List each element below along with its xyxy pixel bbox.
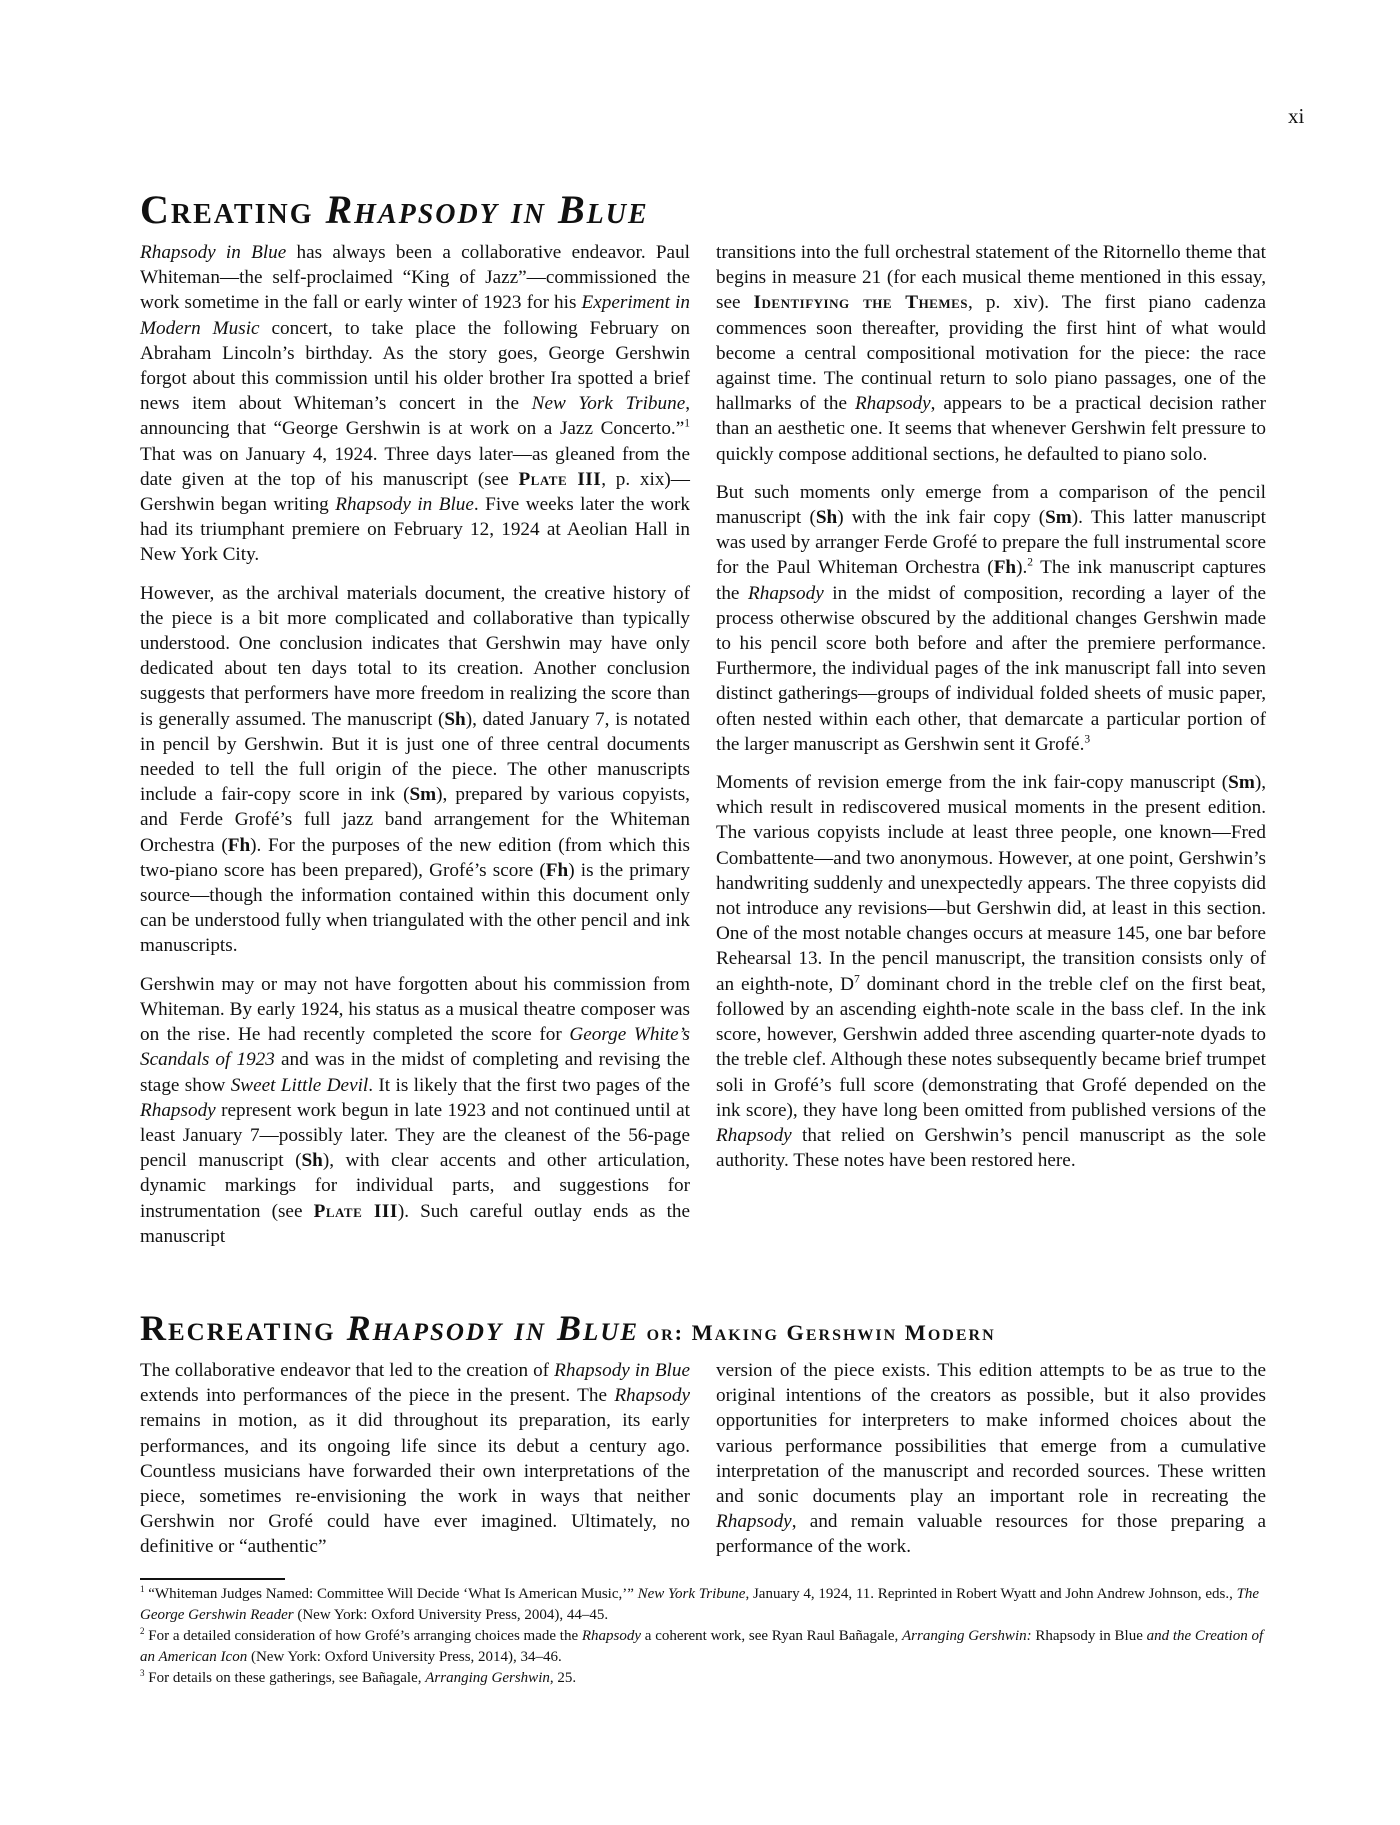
paragraph: But such moments only emerge from a comp… — [716, 480, 1266, 757]
section2-column-left: The collaborative endeavor that led to t… — [140, 1358, 690, 1573]
page-number: xi — [1288, 104, 1304, 129]
citation-title: Rhapsody — [582, 1628, 641, 1644]
text: The collaborative endeavor that led to t… — [140, 1360, 554, 1381]
source-siglum: Sh — [444, 709, 465, 730]
text: For details on these gatherings, see Bañ… — [145, 1670, 426, 1686]
source-siglum: Fh — [994, 557, 1016, 578]
text: , and remain valuable resources for thos… — [716, 1511, 1266, 1557]
work-title: Rhapsody in Blue — [140, 242, 286, 263]
footnote-divider — [140, 1578, 285, 1580]
text: Rhapsody in Blue — [1032, 1628, 1147, 1644]
text: , January 4, 1924, 11. Reprinted in Robe… — [745, 1586, 1236, 1602]
text: that relied on Gershwin’s pencil manuscr… — [716, 1125, 1266, 1171]
paragraph: Moments of revision emerge from the ink … — [716, 770, 1266, 1173]
footnote-3: 3 For details on these gatherings, see B… — [140, 1668, 1268, 1689]
work-title: Rhapsody — [855, 393, 931, 414]
heading-title-italic: Rhapsody in Blue — [347, 1308, 639, 1348]
work-title: Rhapsody — [748, 583, 824, 604]
work-title: Rhapsody — [140, 1100, 216, 1121]
source-siglum: Sm — [1228, 772, 1255, 793]
work-title: Rhapsody in Blue — [335, 494, 474, 515]
section1-column-right: transitions into the full orchestral sta… — [716, 240, 1266, 1186]
text: ) with the ink fair copy ( — [837, 507, 1045, 528]
cross-reference-themes[interactable]: Identifying the Themes — [754, 292, 968, 313]
source-siglum: Sh — [301, 1150, 322, 1171]
section1-column-left: Rhapsody in Blue has always been a colla… — [140, 240, 690, 1262]
cross-reference-plate[interactable]: Plate III — [518, 469, 601, 490]
text: a coherent work, see Ryan Raul Bañagale, — [641, 1628, 902, 1644]
footnotes: 1 “Whiteman Judges Named: Committee Will… — [140, 1584, 1268, 1689]
citation-title: Arranging Gershwin: — [902, 1628, 1032, 1644]
citation-title: New York Tribune — [638, 1586, 746, 1602]
work-title: Rhapsody — [614, 1385, 690, 1406]
citation-title: Arranging Gershwin — [425, 1670, 550, 1686]
text: in the midst of composition, recording a… — [716, 583, 1266, 755]
source-siglum: Sh — [816, 507, 837, 528]
work-title: Rhapsody — [716, 1125, 792, 1146]
heading-text: Creating — [140, 187, 326, 232]
work-title: Rhapsody in Blue — [554, 1360, 690, 1381]
text: extends into performances of the piece i… — [140, 1385, 614, 1406]
text: version of the piece exists. This editio… — [716, 1360, 1266, 1507]
paragraph: Rhapsody in Blue has always been a colla… — [140, 240, 690, 568]
section2-column-right: version of the piece exists. This editio… — [716, 1358, 1266, 1573]
source-siglum: Fh — [546, 860, 568, 881]
source-siglum: Sm — [410, 784, 437, 805]
paragraph: version of the piece exists. This editio… — [716, 1358, 1266, 1560]
cross-reference-plate[interactable]: Plate III — [314, 1201, 398, 1222]
text: , 25. — [550, 1670, 576, 1686]
footnote-1: 1 “Whiteman Judges Named: Committee Will… — [140, 1584, 1268, 1626]
text: Moments of revision emerge from the ink … — [716, 772, 1228, 793]
show-title: Sweet Little Devil — [231, 1075, 369, 1096]
paragraph: The collaborative endeavor that led to t… — [140, 1358, 690, 1560]
footnote-ref[interactable]: 1 — [684, 418, 690, 430]
paragraph: transitions into the full orchestral sta… — [716, 240, 1266, 467]
text: ). — [1016, 557, 1027, 578]
footnote-ref[interactable]: 3 — [1084, 733, 1090, 745]
work-title: Rhapsody — [716, 1511, 792, 1532]
text: dominant chord in the treble clef on the… — [716, 974, 1266, 1121]
source-siglum: Sm — [1045, 507, 1072, 528]
section-heading-creating: Creating Rhapsody in Blue — [140, 186, 649, 233]
text: “Whiteman Judges Named: Committee Will D… — [145, 1586, 638, 1602]
text: For a detailed consideration of how Grof… — [145, 1628, 582, 1644]
text: . It is likely that the first two pages … — [368, 1075, 690, 1096]
heading-title-italic: Rhapsody in Blue — [326, 187, 649, 232]
text: However, as the archival materials docum… — [140, 583, 690, 730]
section-heading-recreating: Recreating Rhapsody in Blue or: Making G… — [140, 1307, 996, 1349]
paragraph: However, as the archival materials docum… — [140, 581, 690, 959]
heading-text: Recreating — [140, 1308, 347, 1348]
text: (New York: Oxford University Press, 2004… — [294, 1607, 609, 1623]
footnote-2: 2 For a detailed consideration of how Gr… — [140, 1626, 1268, 1668]
heading-subtitle: or: Making Gershwin Modern — [639, 1320, 996, 1345]
newspaper-title: New York Tribune — [532, 393, 686, 414]
text: remains in motion, as it did throughout … — [140, 1410, 690, 1557]
text: (New York: Oxford University Press, 2014… — [247, 1649, 562, 1665]
paragraph: Gershwin may or may not have forgotten a… — [140, 972, 690, 1249]
source-siglum: Fh — [228, 835, 250, 856]
text: ), which result in rediscovered musical … — [716, 772, 1266, 995]
